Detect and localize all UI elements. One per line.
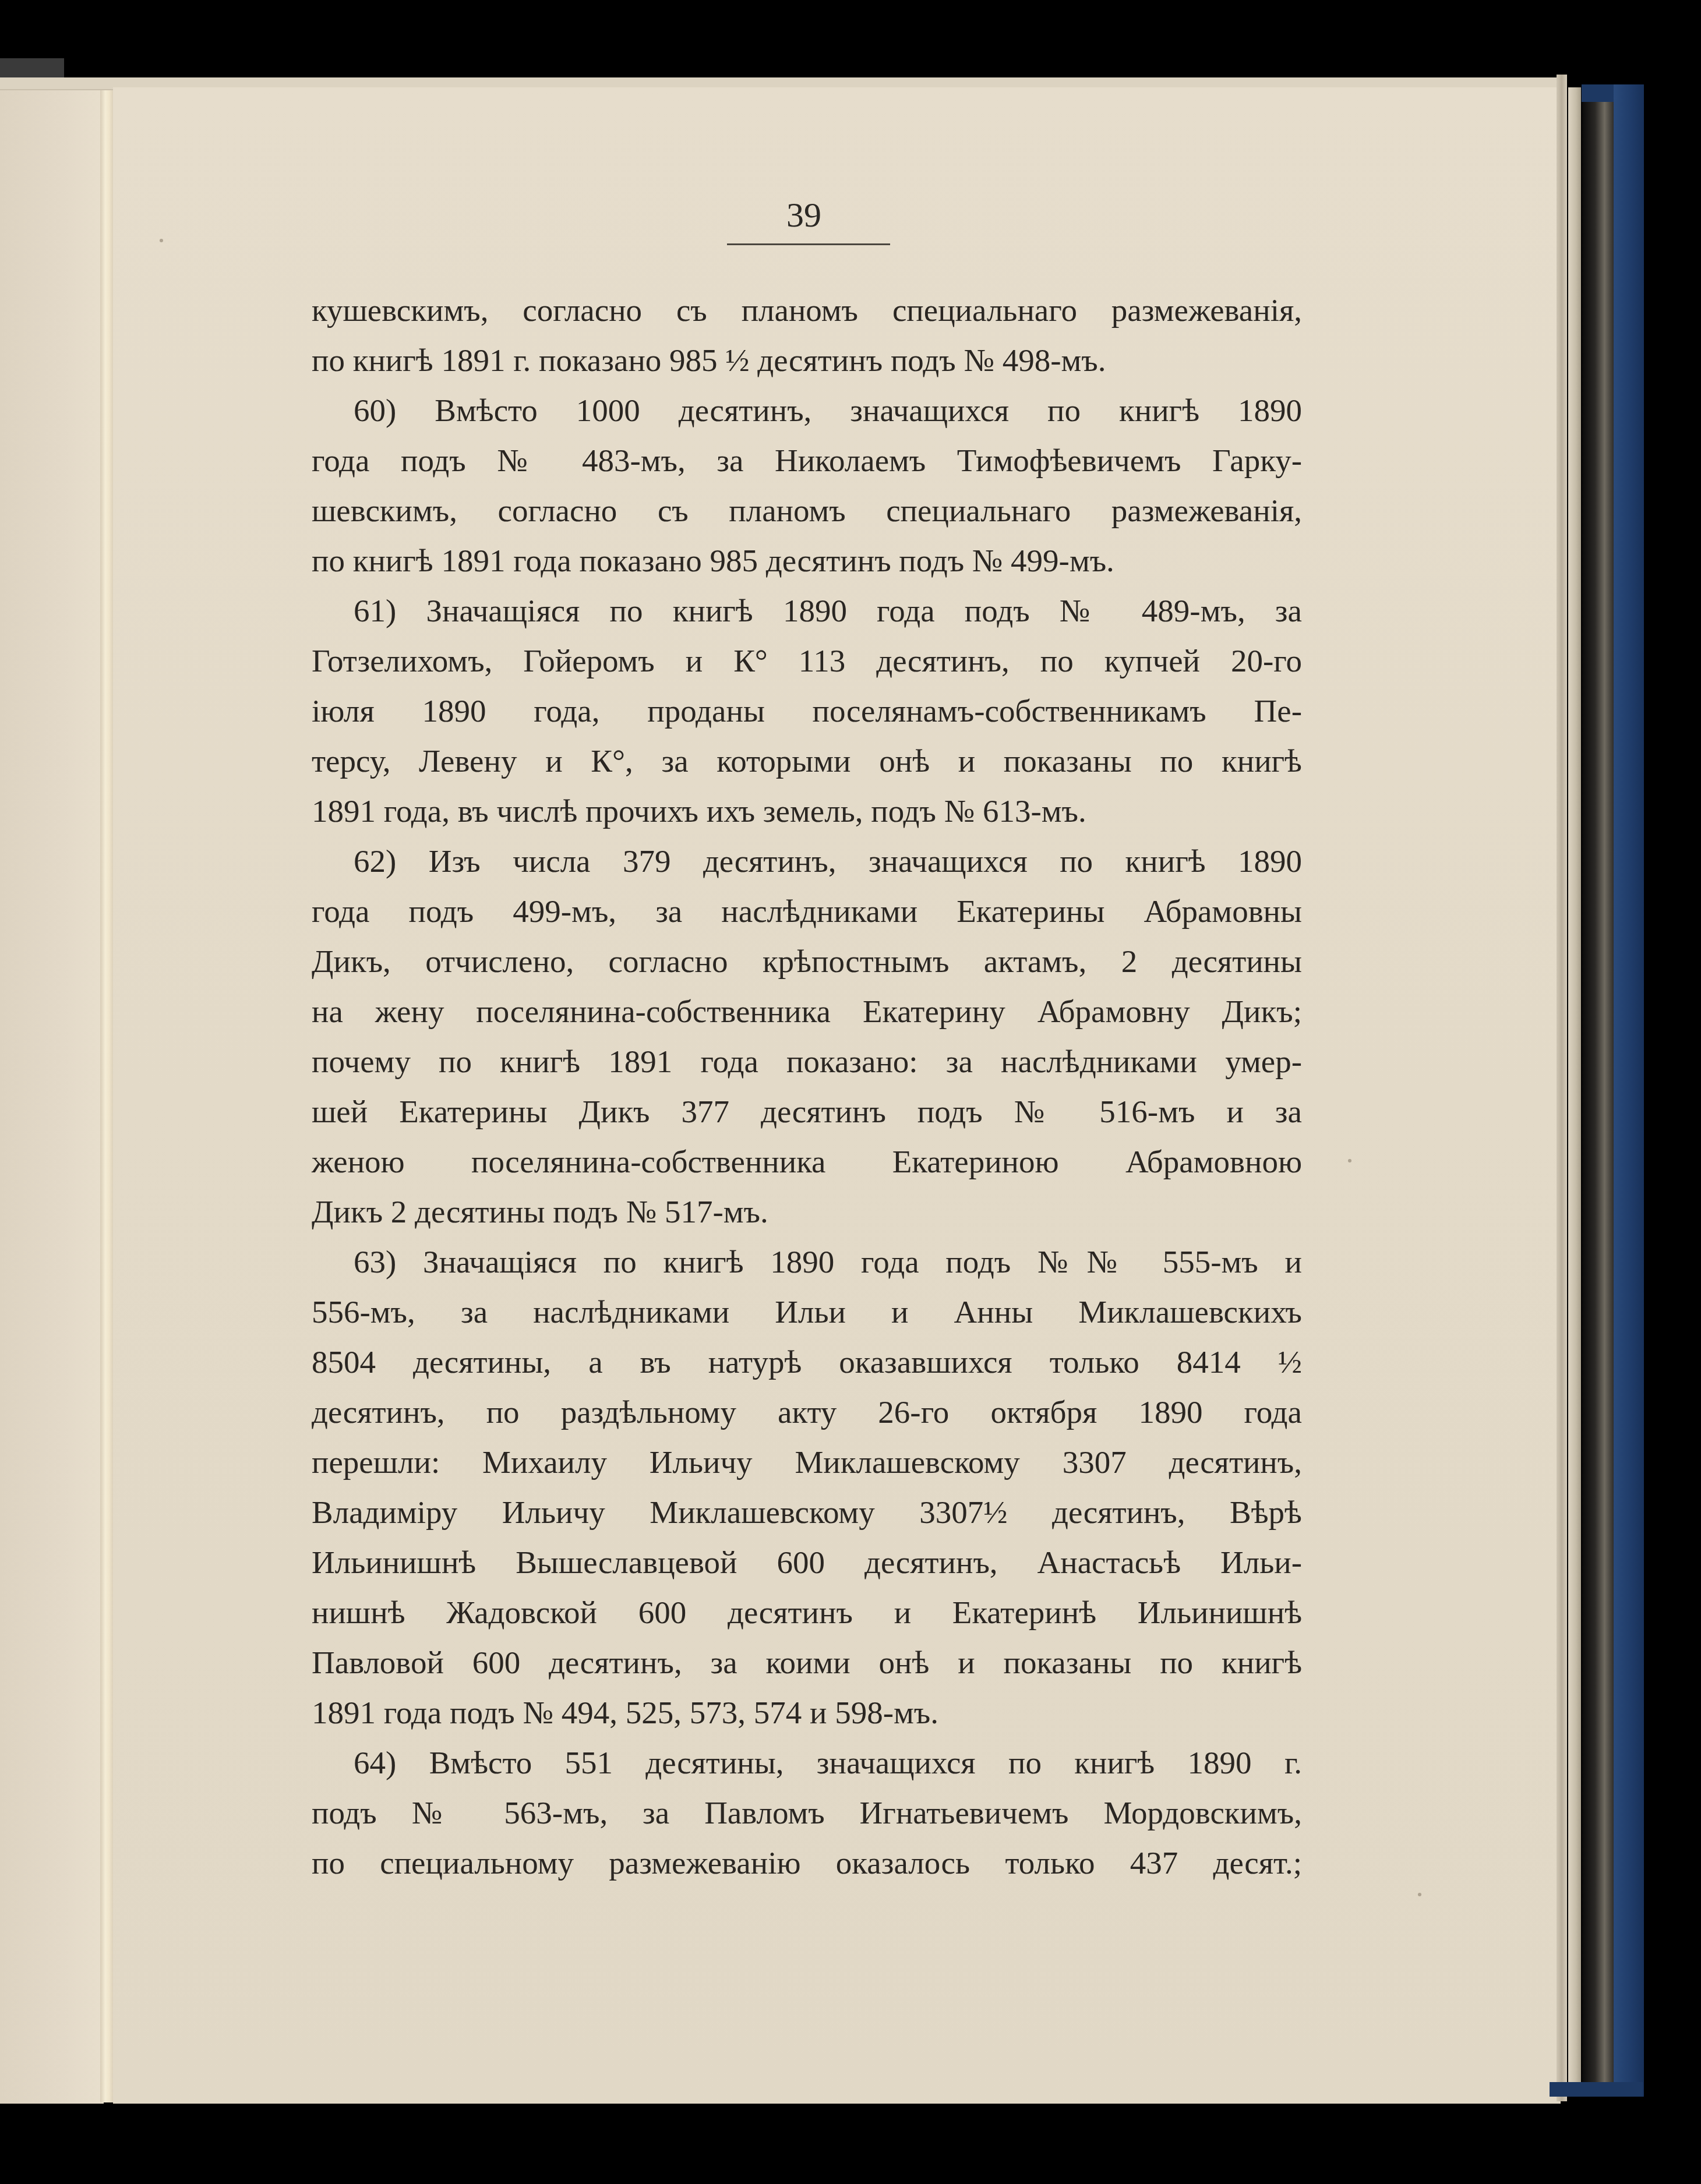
left-page-top-edge <box>0 58 64 79</box>
text-line: на жену поселянина-собственника Екатерин… <box>312 987 1302 1037</box>
text-line: кушевскимъ, согласно съ планомъ специаль… <box>312 285 1302 335</box>
page-stack-edge <box>1557 75 1567 2101</box>
paper-speck <box>160 239 163 242</box>
cover-inner-shadow <box>1582 87 1614 2085</box>
left-page-strip <box>0 89 104 2104</box>
book-cover-bottom <box>1550 2082 1643 2097</box>
text-line: 61) Значащіяся по книгѣ 1890 года подъ №… <box>312 586 1302 636</box>
text-line: 1891 года подъ № 494, 525, 573, 574 и 59… <box>312 1688 1302 1738</box>
text-line: 556-мъ, за наслѣдниками Ильи и Анны Микл… <box>312 1287 1302 1337</box>
text-line: 63) Значащіяся по книгѣ 1890 года подъ №… <box>312 1237 1302 1287</box>
text-line: терсу, Левену и К°, за которыми онѣ и по… <box>312 736 1302 786</box>
text-line: Дикъ 2 десятины подъ № 517-мъ. <box>312 1187 1302 1237</box>
text-line: нишнѣ Жадовской 600 десятинъ и Екатеринѣ… <box>312 1588 1302 1638</box>
text-line: 62) Изъ числа 379 десятинъ, значащихся п… <box>312 836 1302 886</box>
text-line: Павловой 600 десятинъ, за коими онѣ и по… <box>312 1638 1302 1688</box>
text-line: перешли: Михаилу Ильичу Миклашевскому 33… <box>312 1437 1302 1487</box>
text-line: Ильинишнѣ Вышеславцевой 600 десятинъ, Ан… <box>312 1538 1302 1588</box>
paper-speck <box>1418 1893 1421 1896</box>
text-line: почему по книгѣ 1891 года показано: за н… <box>312 1037 1302 1087</box>
text-line: по книгѣ 1891 года показано 985 десятинъ… <box>312 536 1302 586</box>
text-line: шевскимъ, согласно съ планомъ специальна… <box>312 486 1302 536</box>
text-line: женою поселянина-собственника Екатериною… <box>312 1137 1302 1187</box>
text-line: Готзелихомъ, Гойеромъ и К° 113 десятинъ,… <box>312 636 1302 686</box>
text-line: Владиміру Ильичу Миклашевскому 3307½ дес… <box>312 1487 1302 1538</box>
page-number: 39 <box>717 195 891 235</box>
text-line: года подъ 499-мъ, за наслѣдниками Екатер… <box>312 886 1302 936</box>
book-cover <box>1614 84 1644 2097</box>
paper-speck <box>1348 1159 1351 1162</box>
page-number-rule <box>727 243 890 245</box>
book-gutter <box>100 87 113 2102</box>
text-line: шей Екатерины Дикъ 377 десятинъ подъ № 5… <box>312 1087 1302 1137</box>
text-line: подъ № 563-мъ, за Павломъ Игнатьевичемъ … <box>312 1788 1302 1838</box>
text-line: Дикъ, отчислено, согласно крѣпостнымъ ак… <box>312 936 1302 987</box>
text-line: 60) Вмѣсто 1000 десятинъ, значащихся по … <box>312 386 1302 436</box>
page-stack-edge-outer <box>1568 87 1581 2091</box>
text-line: 8504 десятины, а въ натурѣ оказавшихся т… <box>312 1337 1302 1387</box>
text-line: іюля 1890 года, проданы поселянамъ-собст… <box>312 686 1302 736</box>
text-line: десятинъ, по раздѣльному акту 26-го октя… <box>312 1387 1302 1437</box>
text-line: года подъ № 483-мъ, за Николаемъ Тимофѣе… <box>312 436 1302 486</box>
text-line: 64) Вмѣсто 551 десятины, значащихся по к… <box>312 1738 1302 1788</box>
text-line: по специальному размежеванію оказалось т… <box>312 1838 1302 1888</box>
text-line: 1891 года, въ числѣ прочихъ ихъ земель, … <box>312 786 1302 836</box>
text-line: по книгѣ 1891 г. показано 985 ½ десятинъ… <box>312 335 1302 386</box>
body-text: кушевскимъ, согласно съ планомъ специаль… <box>312 285 1302 1888</box>
